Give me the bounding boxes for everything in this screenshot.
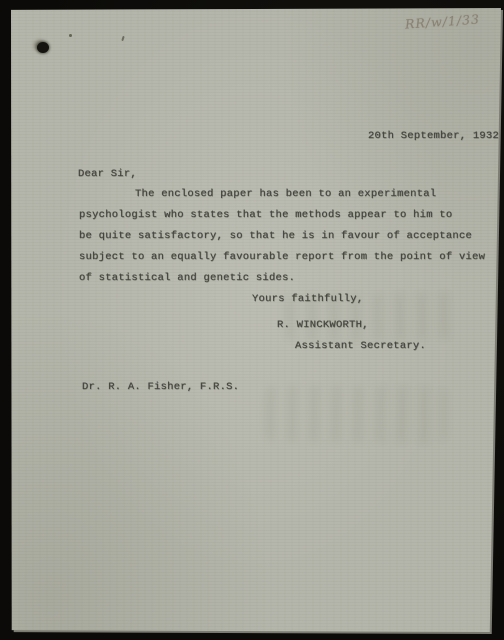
body-line: subject to an equally favourable report … <box>79 251 485 263</box>
body-line: psychologist who states that the methods… <box>79 209 452 221</box>
addressee-line: Dr. R. A. Fisher, F.R.S. <box>82 381 239 393</box>
signatory-title: Assistant Secretary. <box>295 340 426 352</box>
body-line: of statistical and genetic sides. <box>79 272 295 284</box>
bleed-through-print-mark <box>285 292 462 341</box>
bleed-through-print-mark <box>265 385 447 443</box>
body-line: be quite satisfactory, so that he is in … <box>79 230 472 242</box>
salutation: Dear Sir, <box>78 168 137 180</box>
ink-speck <box>69 34 72 37</box>
pencil-tick-mark <box>121 36 124 41</box>
scanned-letter-page: RR/w/1/33 20th September, 1932. Dear Sir… <box>0 0 504 640</box>
letter-date: 20th September, 1932. <box>368 130 504 142</box>
body-line: The enclosed paper has been to an experi… <box>135 188 436 200</box>
handwritten-reference: RR/w/1/33 <box>405 11 481 31</box>
letter-paper: RR/w/1/33 20th September, 1932. Dear Sir… <box>11 8 501 632</box>
hole-punch-mark <box>37 42 49 53</box>
